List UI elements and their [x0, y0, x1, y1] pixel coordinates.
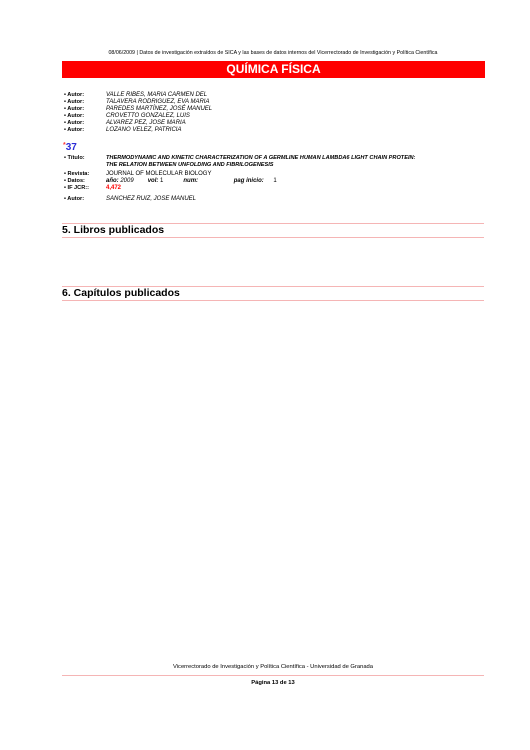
- author-row: • Autor:TALAVERA RODRIGUEZ, EVA MARIA: [64, 99, 209, 106]
- author-row: • Autor:LOZANO VELEZ, PATRICIA: [64, 127, 181, 134]
- header-description: Datos de investigación extraídos de SICA…: [139, 50, 437, 56]
- page-header: 08/06/2009 | Datos de investigación extr…: [62, 50, 484, 56]
- page-number: Página 13 de 13: [62, 680, 484, 686]
- impact-factor-row: • IF JCR::4,472: [64, 185, 121, 192]
- footer-text: Vicerrectorado de Investigación y Políti…: [62, 664, 484, 670]
- author-row: • Autor:ALVAREZ PEZ, JOSE MARIA: [64, 120, 186, 127]
- section-capitulos-heading: 6. Capítulos publicados: [62, 286, 484, 301]
- title-row: • Título:THERMODYNAMIC AND KINETIC CHARA…: [64, 155, 415, 162]
- document-page: 08/06/2009 | Datos de investigación extr…: [0, 0, 530, 750]
- header-date: 08/06/2009: [108, 50, 135, 56]
- author-row: • Autor:PAREDES MARTÍNEZ, JOSÉ MANUEL: [64, 106, 212, 113]
- record-number: *37: [63, 142, 77, 153]
- department-banner: QUÍMICA FÍSICA: [62, 61, 485, 78]
- header-separator: |: [136, 50, 137, 56]
- author-row: • Autor:SANCHEZ RUIZ, JOSE MANUEL: [64, 196, 196, 203]
- journal-row: • Revista:JOURNAL OF MOLECULAR BIOLOGY: [64, 171, 211, 178]
- author-row: • Autor:CROVETTO GONZALEZ, LUIS: [64, 113, 190, 120]
- data-row: • Datos:año: 2009vol: 1num: pag inicio: …: [64, 178, 277, 185]
- author-row: • Autor:VALLE RIBES, MARIA CARMEN DEL: [64, 92, 207, 99]
- title-row-continued: THE RELATION BETWEEN UNFOLDING AND FIBRI…: [64, 162, 274, 169]
- section-libros-heading: 5. Libros publicados: [62, 223, 484, 238]
- footer-divider: [62, 675, 484, 676]
